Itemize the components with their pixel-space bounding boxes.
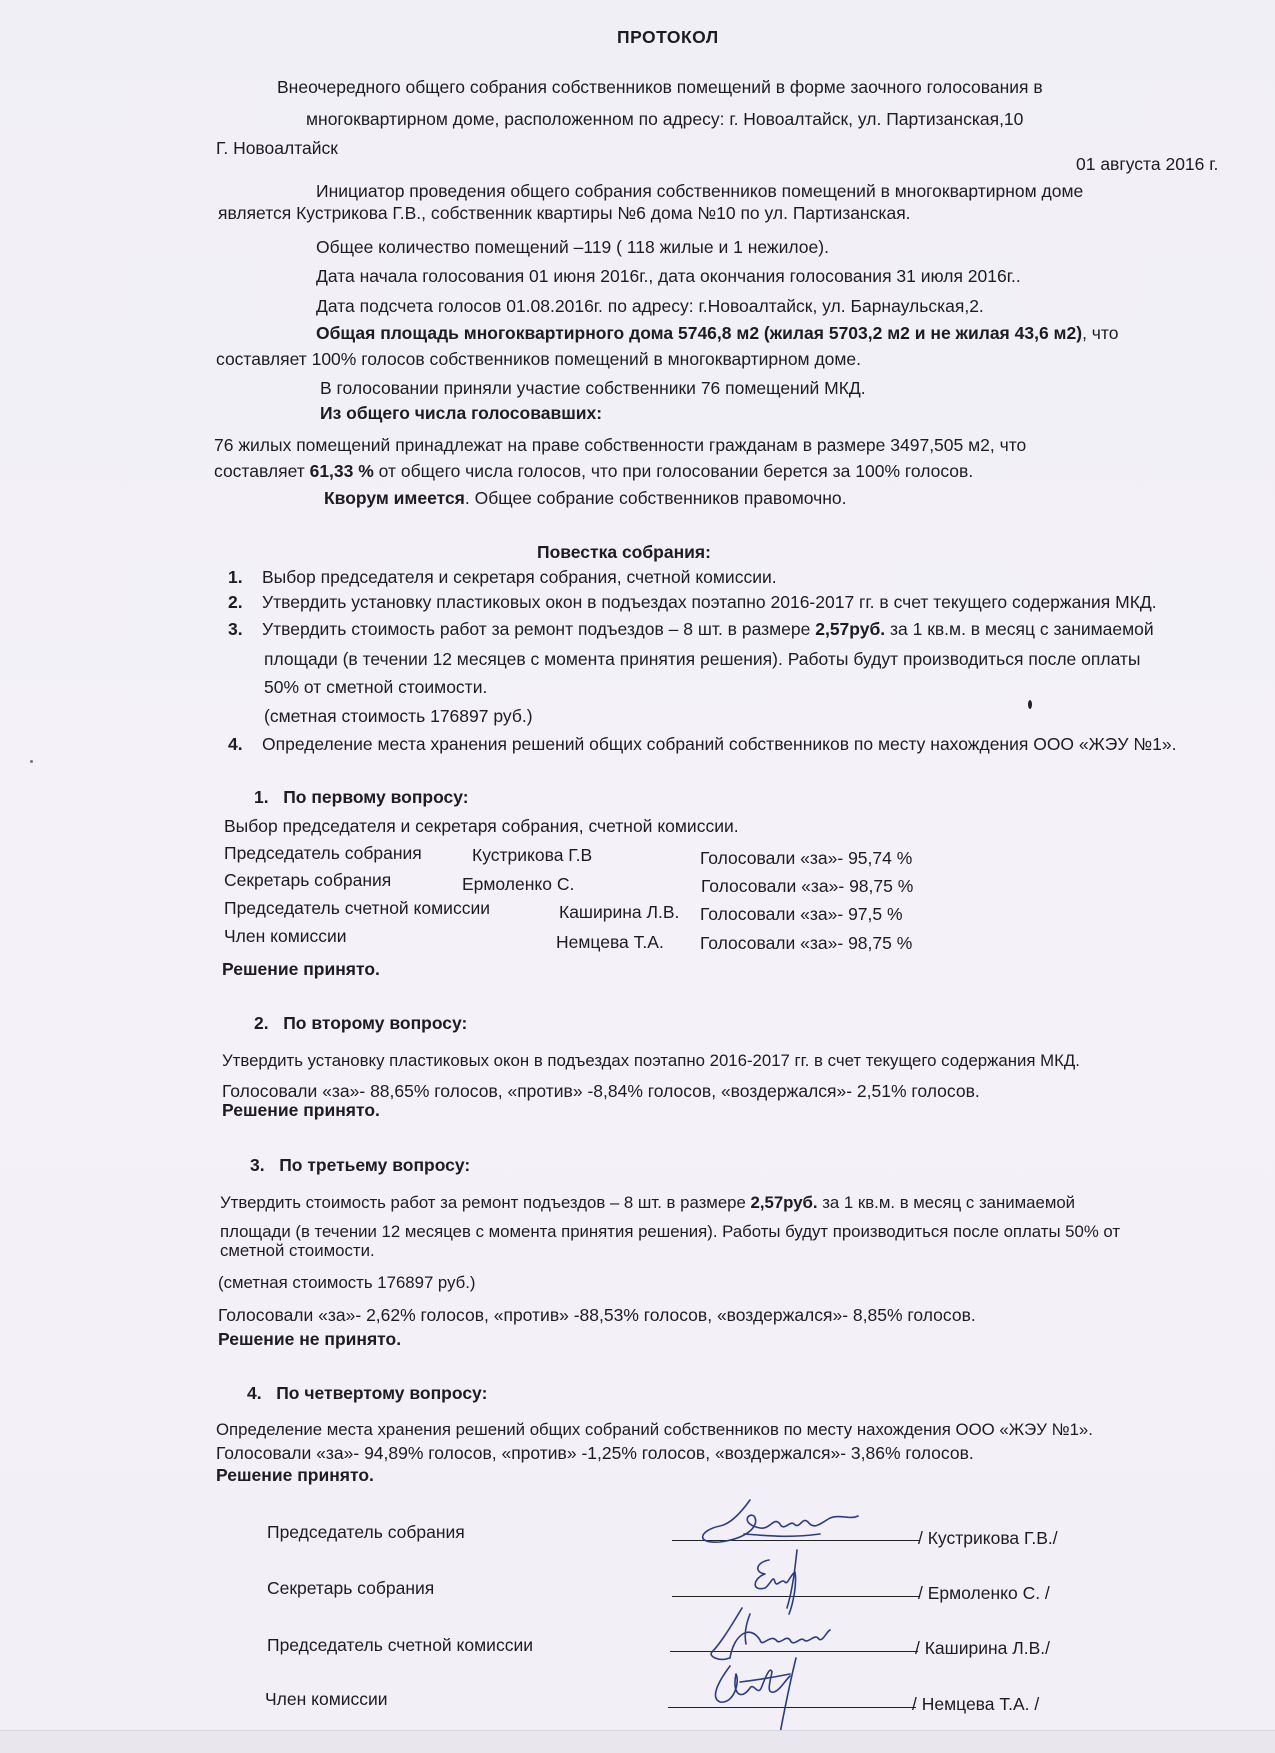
- residential-percent: 61,33 %: [310, 461, 374, 481]
- q3-number: 3.: [250, 1155, 265, 1175]
- q3-votes: Голосовали «за»- 2,62% голосов, «против»…: [218, 1304, 976, 1326]
- agenda-item-number: 2.: [228, 591, 262, 613]
- q1-number: 1.: [254, 787, 269, 807]
- quorum-rest: . Общее собрание собственников правомочн…: [465, 488, 847, 508]
- residential-pre: составляет: [214, 461, 310, 481]
- initiator-line-1: Инициатор проведения общего собрания соб…: [316, 180, 1083, 202]
- q1-decision: Решение принято.: [222, 958, 380, 980]
- signature-name: / Кустрикова Г.В./: [918, 1527, 1058, 1549]
- participation: В голосовании приняли участие собственни…: [320, 377, 866, 399]
- agenda-item-text: Утвердить установку пластиковых окон в п…: [262, 592, 1157, 612]
- total-premises: Общее количество помещений –119 ( 118 жи…: [316, 236, 829, 258]
- agenda-item-price: 2,57руб.: [815, 619, 885, 639]
- q4-decision: Решение принято.: [216, 1464, 374, 1486]
- agenda-item-3-line-2: площади (в течении 12 месяцев с момента …: [264, 648, 1141, 670]
- q4-number: 4.: [247, 1383, 262, 1403]
- q1-name: Ермоленко С.: [462, 873, 574, 895]
- city: Г. Новоалтайск: [216, 137, 338, 159]
- ink-speck: [30, 760, 33, 763]
- agenda-item-number: 3.: [228, 618, 262, 640]
- subtitle-line-1: Внеочередного общего собрания собственни…: [277, 76, 1043, 98]
- agenda-item-number: 1.: [228, 566, 262, 588]
- voting-dates: Дата начала голосования 01 июня 2016г., …: [316, 265, 1021, 287]
- q3-heading: 3. По третьему вопросу:: [250, 1154, 470, 1176]
- q1-vote: Голосовали «за»- 98,75 %: [700, 932, 912, 954]
- subtitle-line-2: многоквартирном доме, расположенном по а…: [306, 108, 1023, 130]
- q1-role: Секретарь собрания: [224, 869, 391, 891]
- initiator-line-2: является Кустрикова Г.В., собственник кв…: [218, 202, 911, 224]
- q3-text: Утвердить стоимость работ за ремонт подъ…: [220, 1193, 751, 1212]
- document-page: ПРОТОКОЛ Внеочередного общего собрания с…: [0, 0, 1275, 1753]
- total-area-bold: Общая площадь многоквартирного дома 5746…: [316, 323, 1082, 343]
- residential-post: от общего числа голосов, что при голосов…: [374, 461, 973, 481]
- q3-line-3: сметной стоимости.: [220, 1240, 375, 1262]
- q3-line-1: Утвердить стоимость работ за ремонт подъ…: [220, 1192, 1075, 1214]
- agenda-item-text: Определение места хранения решений общих…: [262, 734, 1176, 754]
- q3-title: По третьему вопросу:: [279, 1155, 470, 1175]
- q2-text: Утвердить установку пластиковых окон в п…: [222, 1050, 1080, 1072]
- q1-vote: Голосовали «за»- 98,75 %: [701, 875, 913, 897]
- residential-line-1: 76 жилых помещений принадлежат на праве …: [214, 434, 1026, 456]
- signature-role: Председатель собрания: [267, 1521, 465, 1543]
- of-total-heading: Из общего числа голосовавших:: [320, 402, 602, 424]
- q1-name: Немцева Т.А.: [556, 931, 664, 953]
- q4-title: По четвертому вопросу:: [276, 1383, 487, 1403]
- q3-line-4: (сметная стоимость 176897 руб.): [218, 1272, 476, 1294]
- q1-heading: 1. По первому вопросу:: [254, 786, 469, 808]
- q1-role: Член комиссии: [224, 925, 347, 947]
- agenda-item-3-line-3: 50% от сметной стоимости.: [264, 676, 487, 698]
- signature-name: / Ермоленко С. /: [918, 1582, 1050, 1604]
- q4-heading: 4. По четвертому вопросу:: [247, 1382, 487, 1404]
- q1-name: Каширина Л.В.: [559, 901, 679, 923]
- document-title: ПРОТОКОЛ: [617, 26, 719, 48]
- signature-name: / Немцева Т.А. /: [912, 1693, 1039, 1715]
- agenda-item-number: 4.: [228, 733, 262, 755]
- q1-role: Председатель счетной комиссии: [224, 897, 490, 919]
- agenda-item-text-tail: за 1 кв.м. в месяц с занимаемой: [885, 619, 1154, 639]
- q2-heading: 2. По второму вопросу:: [254, 1012, 467, 1034]
- count-date: Дата подсчета голосов 01.08.2016г. по ад…: [316, 295, 984, 317]
- scan-edge: [0, 1730, 1275, 1753]
- q1-text: Выбор председателя и секретаря собрания,…: [224, 815, 739, 837]
- document-date: 01 августа 2016 г.: [1076, 153, 1218, 175]
- signature-role: Председатель счетной комиссии: [267, 1634, 533, 1656]
- q3-price: 2,57руб.: [751, 1193, 818, 1212]
- agenda-heading: Повестка собрания:: [537, 541, 711, 563]
- agenda-item-3: 3.Утвердить стоимость работ за ремонт по…: [228, 618, 1154, 640]
- total-area-line-2: составляет 100% голосов собственников по…: [216, 348, 861, 370]
- agenda-item-4: 4.Определение места хранения решений общ…: [228, 733, 1176, 755]
- q2-decision: Решение принято.: [222, 1099, 380, 1121]
- q2-number: 2.: [254, 1013, 269, 1033]
- total-area: Общая площадь многоквартирного дома 5746…: [316, 322, 1118, 344]
- signature-role: Член комиссии: [265, 1688, 388, 1710]
- agenda-item-2: 2.Утвердить установку пластиковых окон в…: [228, 591, 1157, 613]
- q3-text-tail: за 1 кв.м. в месяц с занимаемой: [818, 1193, 1076, 1212]
- signature-name: / Каширина Л.В./: [915, 1637, 1050, 1659]
- q1-title: По первому вопросу:: [283, 787, 468, 807]
- agenda-item-text: Выбор председателя и секретаря собрания,…: [262, 567, 777, 587]
- q1-vote: Голосовали «за»- 95,74 %: [700, 847, 912, 869]
- q3-decision: Решение не принято.: [218, 1328, 401, 1350]
- q1-name: Кустрикова Г.В: [472, 844, 592, 866]
- residential-line-2: составляет 61,33 % от общего числа голос…: [214, 460, 973, 482]
- q4-text: Определение места хранения решений общих…: [216, 1419, 1093, 1441]
- signature-scribble-1: [690, 1494, 900, 1554]
- quorum-bold: Кворум имеется: [324, 488, 465, 508]
- signature-role: Секретарь собрания: [267, 1577, 434, 1599]
- q1-role: Председатель собрания: [224, 842, 422, 864]
- agenda-item-3-line-4: (сметная стоимость 176897 руб.): [264, 705, 533, 727]
- ink-speck: [1028, 700, 1032, 709]
- agenda-item-1: 1.Выбор председателя и секретаря собрани…: [228, 566, 777, 588]
- total-area-tail: , что: [1082, 323, 1118, 343]
- q1-vote: Голосовали «за»- 97,5 %: [700, 903, 903, 925]
- quorum: Кворум имеется. Общее собрание собственн…: [324, 487, 846, 509]
- agenda-item-text: Утвердить стоимость работ за ремонт подъ…: [262, 619, 815, 639]
- q2-title: По второму вопросу:: [283, 1013, 467, 1033]
- q4-votes: Голосовали «за»- 94,89% голосов, «против…: [216, 1442, 974, 1464]
